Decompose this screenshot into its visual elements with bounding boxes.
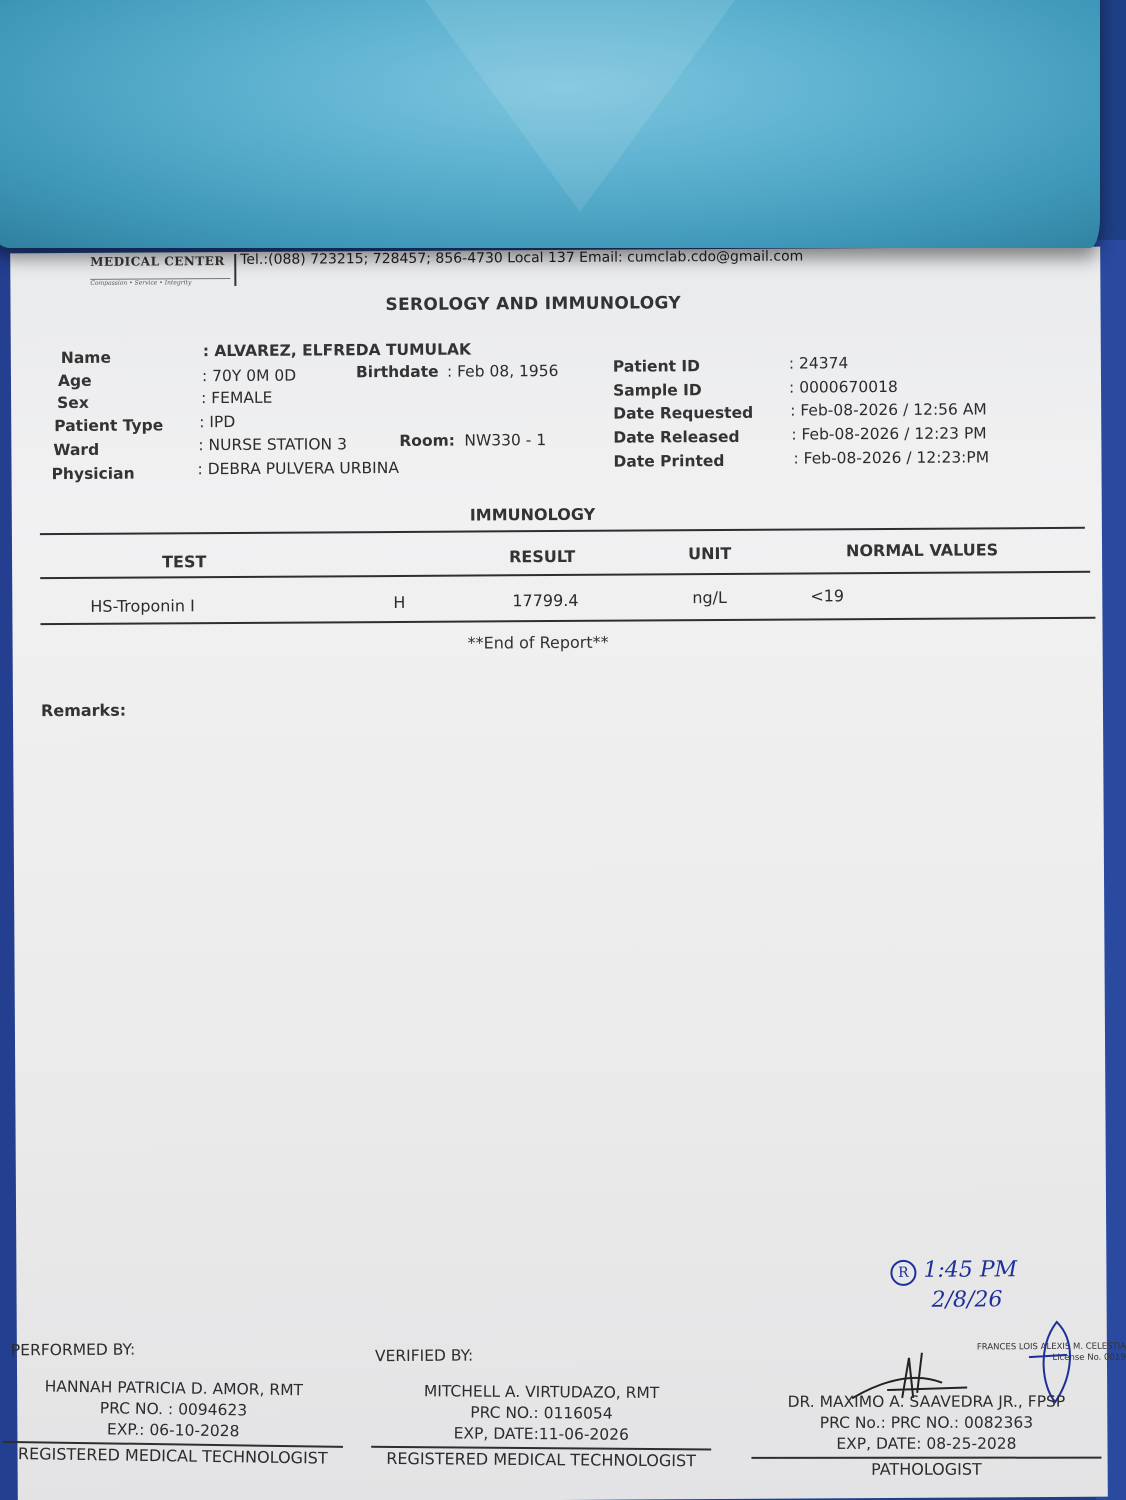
date-requested-label: Date Requested	[613, 404, 753, 423]
pathologist-prc: PRC No.: PRC NO.: 0082363	[751, 1413, 1101, 1434]
table-top-rule	[40, 527, 1085, 535]
birthdate-label: Birthdate	[356, 363, 439, 382]
test-name: HS-Troponin I	[90, 596, 195, 616]
pathologist-signature: DR. MAXIMO A. SAAVEDRA JR., FPSP PRC No.…	[751, 1392, 1101, 1480]
table-bottom-rule	[40, 617, 1095, 625]
date-requested: : Feb-08-2026 / 12:56 AM	[790, 400, 987, 419]
pathologist-exp: EXP, DATE: 08-25-2028	[751, 1434, 1101, 1455]
verified-by-label: VERIFIED BY:	[375, 1347, 473, 1366]
verifier-role: REGISTERED MEDICAL TECHNOLOGIST	[371, 1448, 711, 1472]
col-unit: UNIT	[688, 544, 731, 563]
section-title: IMMUNOLOGY	[470, 505, 595, 525]
patient-name: : ALVAREZ, ELFREDA TUMULAK	[203, 341, 471, 361]
patient-ward: : NURSE STATION 3	[198, 435, 347, 454]
patient-id: : 24374	[789, 354, 849, 372]
patient-type: : IPD	[199, 413, 235, 431]
date-printed: : Feb-08-2026 / 12:23:PM	[793, 448, 989, 467]
verifier-exp: EXP, DATE:11-06-2026	[371, 1423, 711, 1447]
col-result: RESULT	[509, 547, 575, 566]
normal-range: <19	[810, 586, 844, 605]
logo-tagline: Compassion • Service • Integrity	[90, 278, 230, 287]
performer-role: REGISTERED MEDICAL TECHNOLOGIST	[3, 1443, 343, 1469]
ward-label: Ward	[53, 441, 99, 459]
performed-by-signature: HANNAH PATRICIA D. AMOR, RMT PRC NO. : 0…	[3, 1376, 344, 1469]
date-printed-label: Date Printed	[613, 452, 724, 471]
result-flag: H	[393, 593, 405, 612]
patient-physician: : DEBRA PULVERA URBINA	[197, 459, 399, 478]
performed-by-label: PERFORMED BY:	[11, 1341, 135, 1360]
pathologist-role: PATHOLOGIST	[751, 1459, 1101, 1480]
remarks-label: Remarks:	[41, 701, 126, 721]
physician-label: Physician	[51, 465, 134, 484]
patient-type-label: Patient Type	[54, 416, 163, 435]
name-label: Name	[61, 349, 111, 367]
date-released: : Feb-08-2026 / 12:23 PM	[791, 424, 986, 443]
handwritten-date: 2/8/26	[932, 1287, 1003, 1312]
received-time: 1:45 PM	[923, 1257, 1017, 1283]
contact-info: Tel.:(088) 723215; 728457; 856-4730 Loca…	[240, 248, 803, 267]
result-unit: ng/L	[692, 588, 727, 607]
sex-label: Sex	[57, 394, 89, 412]
patient-id-label: Patient ID	[613, 357, 700, 376]
handwritten-received-time: R 1:45 PM	[890, 1257, 1017, 1286]
col-normal-values: NORMAL VALUES	[846, 540, 998, 560]
table-header-rule	[40, 571, 1090, 579]
received-circle-icon: R	[890, 1260, 916, 1286]
sample-id: : 0000670018	[789, 378, 898, 397]
date-released-label: Date Released	[613, 428, 739, 447]
verified-by-signature: MITCHELL A. VIRTUDAZO, RMT PRC NO.: 0116…	[371, 1381, 712, 1472]
result-value: 17799.4	[512, 591, 578, 610]
patient-age: : 70Y 0M 0D	[202, 367, 296, 386]
patient-room: NW330 - 1	[464, 431, 546, 449]
sample-id-label: Sample ID	[613, 381, 702, 400]
age-label: Age	[58, 372, 92, 390]
hospital-logo: MEDICAL CENTER Compassion • Service • In…	[90, 254, 236, 287]
verifier-name: MITCHELL A. VIRTUDAZO, RMT	[372, 1381, 712, 1405]
performer-exp: EXP.: 06-10-2028	[3, 1418, 343, 1444]
report-title: SEROLOGY AND IMMUNOLOGY	[385, 293, 681, 315]
patient-sex: : FEMALE	[201, 389, 272, 407]
patient-birthdate: : Feb 08, 1956	[447, 362, 559, 381]
logo-name: MEDICAL CENTER	[90, 254, 230, 269]
col-test: TEST	[162, 552, 206, 571]
lab-report-page: MEDICAL CENTER Compassion • Service • In…	[10, 247, 1108, 1500]
verifier-prc: PRC NO.: 0116054	[371, 1402, 711, 1426]
folded-cover-page	[0, 0, 1100, 248]
end-of-report: **End of Report**	[468, 633, 609, 653]
room-label: Room:	[399, 432, 455, 450]
pathologist-name: DR. MAXIMO A. SAAVEDRA JR., FPSP	[751, 1392, 1101, 1413]
